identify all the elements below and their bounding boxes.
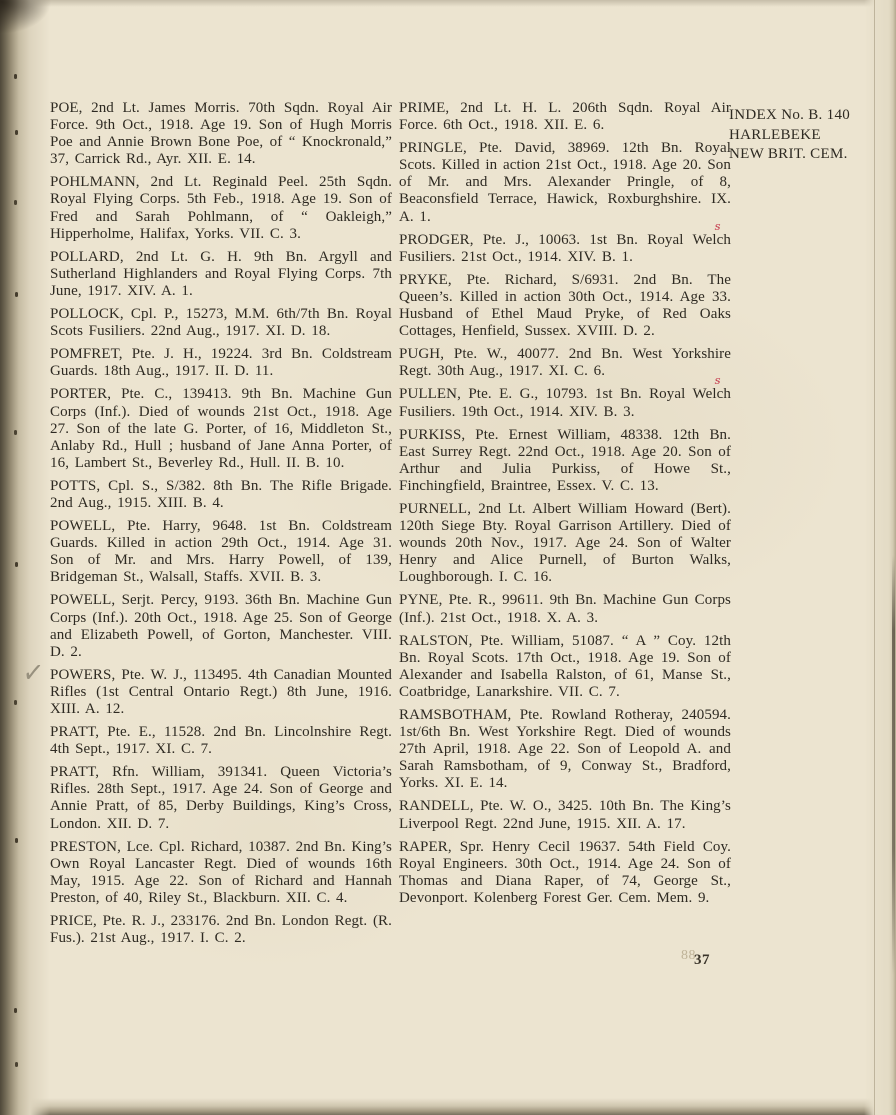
register-entry: PRIME, 2nd Lt. H. L. 206th Sqdn. Royal A… (399, 100, 731, 134)
register-entry: PRICE, Pte. R. J., 233176. 2nd Bn. Londo… (50, 913, 392, 947)
register-entry: POWELL, Pte. Harry, 9648. 1st Bn. Coldst… (50, 518, 392, 586)
cemetery-name-line2: NEW BRIT. CEM. (729, 145, 887, 165)
column-left: POE, 2nd Lt. James Morris. 70th Sqdn. Ro… (50, 100, 392, 953)
register-entry: RAMSBOTHAM, Pte. Rowland Rotheray, 24059… (399, 707, 731, 792)
cemetery-index-header: INDEX No. B. 140 HARLEBEKE NEW BRIT. CEM… (729, 106, 887, 165)
register-entry: ✓POWERS, Pte. W. J., 113495. 4th Canadia… (50, 667, 392, 718)
register-entry: PYNE, Pte. R., 99611. 9th Bn. Machine Gu… (399, 592, 731, 626)
register-entry: PRATT, Rfn. William, 391341. Queen Victo… (50, 764, 392, 832)
register-entry: PRATT, Pte. E., 11528. 2nd Bn. Lincolnsh… (50, 724, 392, 758)
register-entry: PURNELL, 2nd Lt. Albert William Howard (… (399, 501, 731, 586)
page-edge-crease (874, 0, 875, 1115)
register-entry: PULLEN, Pte. E. G., 10793. 1st Bn. Royal… (399, 386, 731, 420)
register-entry: POMFRET, Pte. J. H., 19224. 3rd Bn. Cold… (50, 346, 392, 380)
register-entry: POWELL, Serjt. Percy, 9193. 36th Bn. Mac… (50, 592, 392, 660)
register-entry: PURKISS, Pte. Ernest William, 48338. 12t… (399, 427, 731, 495)
register-entry: PRODGER, Pte. J., 10063. 1st Bn. Royal W… (399, 232, 731, 266)
handwritten-correction: s (715, 375, 721, 387)
register-entry: PRYKE, Pte. Richard, S/6931. 2nd Bn. The… (399, 272, 731, 340)
register-entry: POLLARD, 2nd Lt. G. H. 9th Bn. Argyll an… (50, 249, 392, 300)
register-entry: PORTER, Pte. C., 139413. 9th Bn. Machine… (50, 386, 392, 471)
register-entry: PRESTON, Lce. Cpl. Richard, 10387. 2nd B… (50, 839, 392, 907)
register-entry: PUGH, Pte. W., 40077. 2nd Bn. West Yorks… (399, 346, 731, 380)
binding-stitches (13, 0, 16, 5)
register-entry: RAPER, Spr. Henry Cecil 19637. 54th Fiel… (399, 839, 731, 907)
page-number: 37 (694, 952, 710, 969)
register-entry: PRINGLE, Pte. David, 38969. 12th Bn. Roy… (399, 140, 731, 225)
register-entry: RANDELL, Pte. W. O., 3425. 10th Bn. The … (399, 798, 731, 832)
corrected-letter: cs (717, 386, 724, 402)
pencil-checkmark: ✓ (21, 658, 45, 689)
corrected-letter: cs (717, 232, 724, 248)
register-entry: RALSTON, Pte. William, 51087. “ A ” Coy.… (399, 633, 731, 701)
page-edge-shadow (892, 555, 895, 975)
register-entry: POTTS, Cpl. S., S/382. 8th Bn. The Rifle… (50, 478, 392, 512)
cemetery-name-line: HARLEBEKE (729, 126, 887, 146)
handwritten-correction: s (715, 221, 721, 233)
register-entry: POLLOCK, Cpl. P., 15273, M.M. 6th/7th Bn… (50, 306, 392, 340)
register-entry: POHLMANN, 2nd Lt. Reginald Peel. 25th Sq… (50, 174, 392, 242)
register-page: { "document": { "colors": { "paper": "#e… (0, 0, 896, 1115)
register-entry: POE, 2nd Lt. James Morris. 70th Sqdn. Ro… (50, 100, 392, 168)
index-number-line: INDEX No. B. 140 (729, 106, 887, 126)
column-right: PRIME, 2nd Lt. H. L. 206th Sqdn. Royal A… (399, 100, 731, 913)
